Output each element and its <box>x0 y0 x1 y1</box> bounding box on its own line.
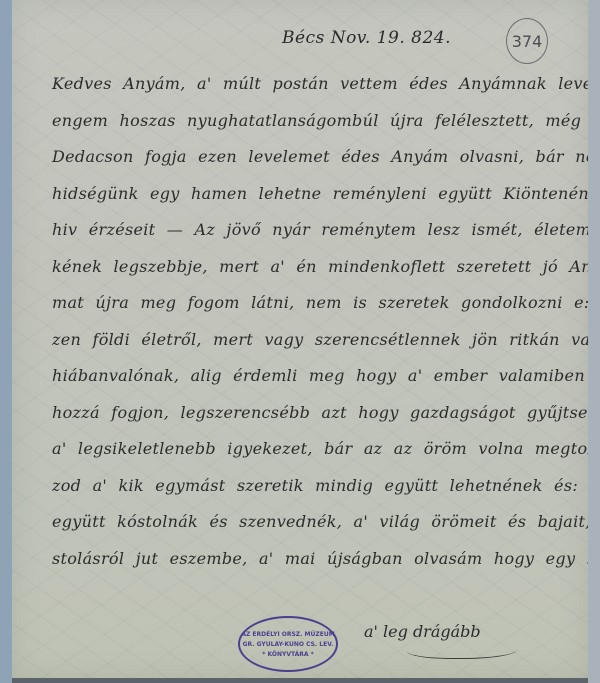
letter-line: engem hoszas nyughatatlanságombúl újra f… <box>52 111 592 148</box>
stamp-line-1: AZ ERDÉLYI ORSZ. MÚZEUM <box>240 631 336 638</box>
letter-line: zen földi életről, mert vagy szerencsétl… <box>52 330 592 367</box>
letter-paper: Bécs Nov. 19. 824. 374 Kedves Anyám, a' … <box>12 0 588 678</box>
library-ownership-stamp: AZ ERDÉLYI ORSZ. MÚZEUM GR. GYULAY-KUNO … <box>238 616 338 672</box>
letter-line: zod a' kik egymást szeretik mindig együt… <box>52 476 592 513</box>
letter-line: hozzá fogjon, legszerencsébb azt hogy ga… <box>52 403 592 440</box>
scanner-background-strip <box>0 0 12 683</box>
signature-flourish <box>407 640 517 659</box>
letter-line: hidségünk egy hamen lehetne reményleni e… <box>52 184 592 221</box>
letter-line: hiábanvalónak, alig érdemli meg hogy a' … <box>52 366 592 403</box>
scanner-right-edge <box>588 0 600 683</box>
letter-closing: a' leg drágább <box>364 622 481 641</box>
letter-line: kének legszebbje, mert a' én mindenkofle… <box>52 257 592 294</box>
letter-line: a' legsikeletlenebb igyekezet, bár az az… <box>52 439 592 476</box>
letter-line: együtt kóstolnák és szenvednék, a' világ… <box>52 512 592 549</box>
letter-line: mat újra meg fogom látni, nem is szerete… <box>52 293 592 330</box>
letter-heading-date: Bécs Nov. 19. 824. <box>282 28 451 48</box>
stamp-line-2: GR. GYULAY-KUNO CS. LEV. <box>240 641 336 648</box>
scanned-letter: Bécs Nov. 19. 824. 374 Kedves Anyám, a' … <box>0 0 600 683</box>
letter-line: stolásról jut eszembe, a' mai újságban o… <box>52 549 592 586</box>
folio-number-circled: 374 <box>506 18 548 64</box>
letter-body: Kedves Anyám, a' múlt postán vettem édes… <box>52 74 592 585</box>
scanner-bottom-edge <box>12 678 588 683</box>
letter-line: hiv érzéseit — Az jövő nyár reménytem le… <box>52 220 592 257</box>
letter-line: Kedves Anyám, a' múlt postán vettem édes… <box>52 74 592 111</box>
stamp-line-3: * KÖNYVTÁRA * <box>240 651 336 658</box>
letter-line: Dedacson fogja ezen levelemet édes Anyám… <box>52 147 592 184</box>
